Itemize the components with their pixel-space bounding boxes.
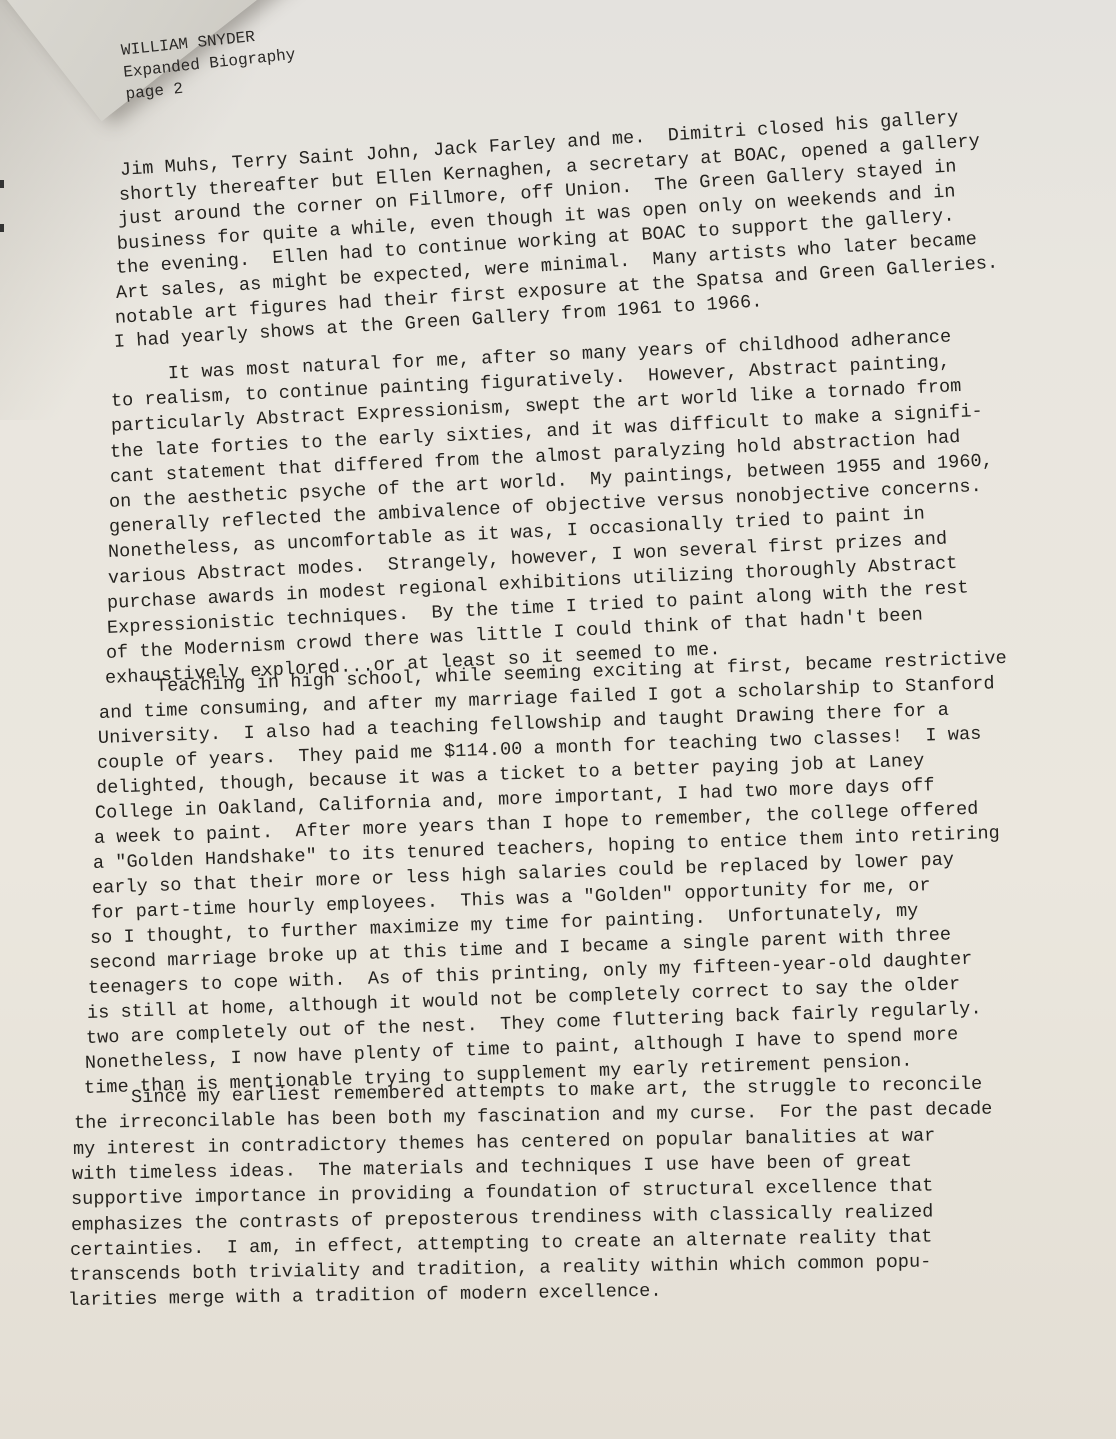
underlying-page-edge <box>0 180 6 240</box>
